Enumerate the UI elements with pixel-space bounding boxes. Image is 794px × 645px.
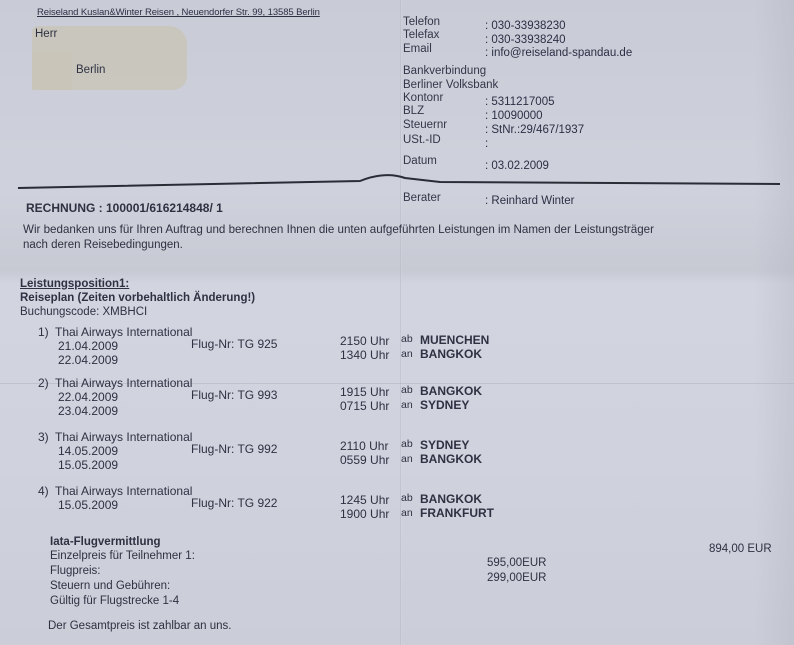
flight-number-index: 4) <box>38 484 49 498</box>
contact-value-email: : info@reiseland-spandau.de <box>485 47 632 59</box>
flight-number-index: 2) <box>38 376 49 390</box>
flight-departure-date: 21.04.2009 <box>58 339 118 353</box>
recipient-city: Berlin <box>76 64 105 76</box>
date-label: Datum <box>403 155 437 167</box>
bank-value-taxno: : StNr.:29/467/1937 <box>485 124 584 136</box>
bank-label-account: Kontonr <box>403 92 443 104</box>
header-separator-line <box>0 168 794 192</box>
service-position-title: Leistungsposition1: <box>20 278 129 290</box>
flight-arrival-direction: an <box>401 507 413 519</box>
bank-value-vatid: : <box>485 138 488 150</box>
total-price: 894,00 EUR <box>709 543 772 555</box>
flight-arrival-city: BANGKOK <box>420 347 482 361</box>
flight-arrival-city: SYDNEY <box>420 398 469 412</box>
travel-plan-heading: Reiseplan (Zeiten vorbehaltlich Änderung… <box>20 292 255 304</box>
redacted-recipient-street <box>32 52 72 90</box>
taxes-value: 299,00EUR <box>487 572 546 584</box>
flight-airline: Thai Airways International <box>55 484 192 498</box>
flight-arrival-city: BANGKOK <box>420 452 482 466</box>
advisor-label: Berater <box>403 192 441 204</box>
per-person-label: Einzelpreis für Teilnehmer 1: <box>50 550 195 562</box>
flight-arrival-direction: an <box>401 399 413 411</box>
invoice-number: RECHNUNG : 100001/616214848/ 1 <box>26 201 223 215</box>
flight-number-index: 1) <box>38 325 49 339</box>
bank-value-blz: : 10090000 <box>485 110 543 122</box>
flight-price-value: 595,00EUR <box>487 557 546 569</box>
flight-departure-city: BANGKOK <box>420 384 482 398</box>
flight-departure-direction: ab <box>401 492 413 504</box>
flight-departure-date: 22.04.2009 <box>58 390 118 404</box>
booking-code: Buchungscode: XMBHCI <box>20 306 147 318</box>
contact-value-fax: : 030-33938240 <box>485 34 566 46</box>
flight-airline: Thai Airways International <box>55 376 192 390</box>
flight-price-label: Flugpreis: <box>50 565 101 577</box>
payable-note: Der Gesamtpreis ist zahlbar an uns. <box>48 620 231 632</box>
flight-airline: Thai Airways International <box>55 325 192 339</box>
contact-label-phone: Telefon <box>403 16 440 28</box>
bank-label-taxno: Steuernr <box>403 119 447 131</box>
sender-address-line: Reiseland Kuslan&Winter Reisen , Neuendo… <box>37 7 320 18</box>
recipient-salutation: Herr <box>35 28 57 40</box>
valid-for-routes: Gültig für Flugstrecke 1-4 <box>50 595 179 607</box>
flight-departure-time: 1245 Uhr <box>340 493 389 507</box>
flight-departure-city: SYDNEY <box>420 438 469 452</box>
flight-arrival-date: 15.05.2009 <box>58 458 118 472</box>
flight-departure-city: MUENCHEN <box>420 333 489 347</box>
pricing-heading: Iata-Flugvermittlung <box>50 536 161 548</box>
contact-value-phone: : 030-33938230 <box>485 20 566 32</box>
flight-departure-direction: ab <box>401 333 413 345</box>
invoice-intro-line2: nach deren Reisebedingungen. <box>23 239 183 251</box>
invoice-intro-line1: Wir bedanken uns für Ihren Auftrag und b… <box>23 223 654 236</box>
flight-arrival-date: 22.04.2009 <box>58 353 118 367</box>
taxes-label: Steuern und Gebühren: <box>50 580 170 592</box>
bank-heading: Bankverbindung <box>403 65 486 77</box>
flight-code: Flug-Nr: TG 993 <box>191 388 277 402</box>
advisor-value: : Reinhard Winter <box>485 195 574 207</box>
flight-code: Flug-Nr: TG 922 <box>191 496 277 510</box>
flight-departure-direction: ab <box>401 438 413 450</box>
flight-departure-direction: ab <box>401 384 413 396</box>
flight-code: Flug-Nr: TG 925 <box>191 337 277 351</box>
flight-arrival-city: FRANKFURT <box>420 506 494 520</box>
flight-departure-date: 14.05.2009 <box>58 444 118 458</box>
flight-code: Flug-Nr: TG 992 <box>191 442 277 456</box>
flight-number-index: 3) <box>38 430 49 444</box>
flight-departure-time: 1915 Uhr <box>340 385 389 399</box>
flight-departure-city: BANGKOK <box>420 492 482 506</box>
bank-name: Berliner Volksbank <box>403 79 498 91</box>
flight-arrival-direction: an <box>401 453 413 465</box>
flight-departure-time: 2110 Uhr <box>340 439 388 453</box>
bank-label-vatid: USt.-ID <box>403 134 441 146</box>
contact-label-email: Email <box>403 43 432 55</box>
contact-label-fax: Telefax <box>403 29 439 41</box>
flight-departure-time: 2150 Uhr <box>340 334 389 348</box>
bank-label-blz: BLZ <box>403 105 424 117</box>
flight-arrival-date: 23.04.2009 <box>58 404 118 418</box>
flight-arrival-direction: an <box>401 348 413 360</box>
flight-arrival-time: 0559 Uhr <box>340 453 389 467</box>
bank-value-account: : 5311217005 <box>485 96 555 108</box>
flight-arrival-time: 0715 Uhr <box>340 399 389 413</box>
paper-fold-vertical <box>400 0 402 645</box>
flight-departure-date: 15.05.2009 <box>58 498 118 512</box>
flight-airline: Thai Airways International <box>55 430 192 444</box>
flight-arrival-time: 1340 Uhr <box>340 348 389 362</box>
flight-arrival-time: 1900 Uhr <box>340 507 389 521</box>
